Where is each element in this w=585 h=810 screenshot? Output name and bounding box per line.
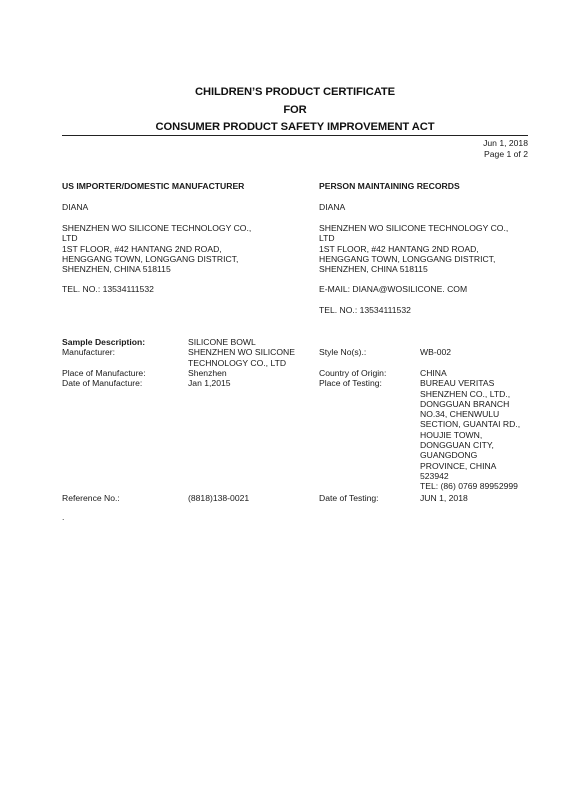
place-of-testing-line: HOUJIE TOWN, xyxy=(420,430,520,440)
date-of-manufacture-label: Date of Manufacture: xyxy=(62,378,146,388)
place-of-testing-line: DONGGUAN CITY, xyxy=(420,440,520,450)
reference-label: Reference No.: xyxy=(62,493,120,503)
date-of-testing-label: Date of Testing: xyxy=(319,493,379,503)
page-indicator: Page 1 of 2 xyxy=(484,149,528,159)
importer-contact-name: DIANA xyxy=(62,202,88,212)
records-email: E-MAIL: DIANA@WOSILICONE. COM xyxy=(319,284,467,294)
importer-heading: US IMPORTER/DOMESTIC MANUFACTURER xyxy=(62,181,244,191)
sample-description-value: SILICONE BOWL xyxy=(188,337,295,347)
place-of-testing-line: BUREAU VERITAS xyxy=(420,378,520,388)
place-of-testing-line: DONGGUAN BRANCH xyxy=(420,399,520,409)
importer-address-line: 1ST FLOOR, #42 HANTANG 2ND ROAD, xyxy=(62,244,251,254)
trailing-mark: . xyxy=(62,512,64,522)
place-of-testing-line: NO.34, CHENWULU xyxy=(420,409,520,419)
records-address: SHENZHEN WO SILICONE TECHNOLOGY CO., LTD… xyxy=(319,223,508,274)
records-tel: TEL. NO.: 13534111532 xyxy=(319,305,411,315)
date-of-manufacture-value: Jan 1,2015 xyxy=(188,378,295,388)
place-of-testing-line: SHENZHEN CO., LTD., xyxy=(420,389,520,399)
style-label: Style No(s).: xyxy=(319,347,366,357)
importer-section: US IMPORTER/DOMESTIC MANUFACTURER xyxy=(62,181,244,191)
manufacturer-label: Manufacturer: xyxy=(62,347,146,357)
place-of-testing-line: PROVINCE, CHINA xyxy=(420,461,520,471)
place-of-manufacture-value: Shenzhen xyxy=(188,368,295,378)
records-address-line: 1ST FLOOR, #42 HANTANG 2ND ROAD, xyxy=(319,244,508,254)
importer-address: SHENZHEN WO SILICONE TECHNOLOGY CO., LTD… xyxy=(62,223,251,274)
sample-labels-right: Country of Origin: Place of Testing: xyxy=(319,368,386,389)
certificate-title-line-2: FOR xyxy=(0,104,585,116)
manufacturer-value-line: TECHNOLOGY CO., LTD xyxy=(188,358,295,368)
sample-values-right: CHINA BUREAU VERITAS SHENZHEN CO., LTD.,… xyxy=(420,368,520,492)
importer-address-line: SHENZHEN, CHINA 518115 xyxy=(62,264,251,274)
records-contact-name: DIANA xyxy=(319,202,345,212)
records-address-line: LTD xyxy=(319,233,508,243)
importer-address-line: HENGGANG TOWN, LONGGANG DISTRICT, xyxy=(62,254,251,264)
reference-value: (8818)138-0021 xyxy=(188,493,249,503)
records-heading: PERSON MAINTAINING RECORDS xyxy=(319,181,460,191)
date-of-testing-value: JUN 1, 2018 xyxy=(420,493,468,503)
style-value: WB-002 xyxy=(420,347,451,357)
importer-tel: TEL. NO.: 13534111532 xyxy=(62,284,154,294)
document-date: Jun 1, 2018 xyxy=(483,138,528,148)
place-of-testing-label: Place of Testing: xyxy=(319,378,386,388)
place-of-testing-line: TEL: (86) 0769 89952999 xyxy=(420,481,520,491)
place-of-testing-line: GUANGDONG xyxy=(420,450,520,460)
certificate-title-line-1: CHILDREN’S PRODUCT CERTIFICATE xyxy=(0,86,585,98)
title-divider xyxy=(62,135,528,136)
place-of-manufacture-label: Place of Manufacture: xyxy=(62,368,146,378)
country-of-origin-value: CHINA xyxy=(420,368,520,378)
place-of-testing-line: 523942 xyxy=(420,471,520,481)
manufacturer-value-line: SHENZHEN WO SILICONE xyxy=(188,347,295,357)
sample-values-left: SILICONE BOWL SHENZHEN WO SILICONE TECHN… xyxy=(188,337,295,388)
sample-labels-left: Sample Description: Manufacturer: Place … xyxy=(62,337,146,388)
country-of-origin-label: Country of Origin: xyxy=(319,368,386,378)
records-address-line: SHENZHEN WO SILICONE TECHNOLOGY CO., xyxy=(319,223,508,233)
records-address-line: SHENZHEN, CHINA 518115 xyxy=(319,264,508,274)
records-section: PERSON MAINTAINING RECORDS xyxy=(319,181,460,191)
importer-address-line: LTD xyxy=(62,233,251,243)
sample-description-label: Sample Description: xyxy=(62,337,146,347)
records-address-line: HENGGANG TOWN, LONGGANG DISTRICT, xyxy=(319,254,508,264)
importer-address-line: SHENZHEN WO SILICONE TECHNOLOGY CO., xyxy=(62,223,251,233)
certificate-title-line-3: CONSUMER PRODUCT SAFETY IMPROVEMENT ACT xyxy=(0,121,585,133)
place-of-testing-line: SECTION, GUANTAI RD., xyxy=(420,419,520,429)
